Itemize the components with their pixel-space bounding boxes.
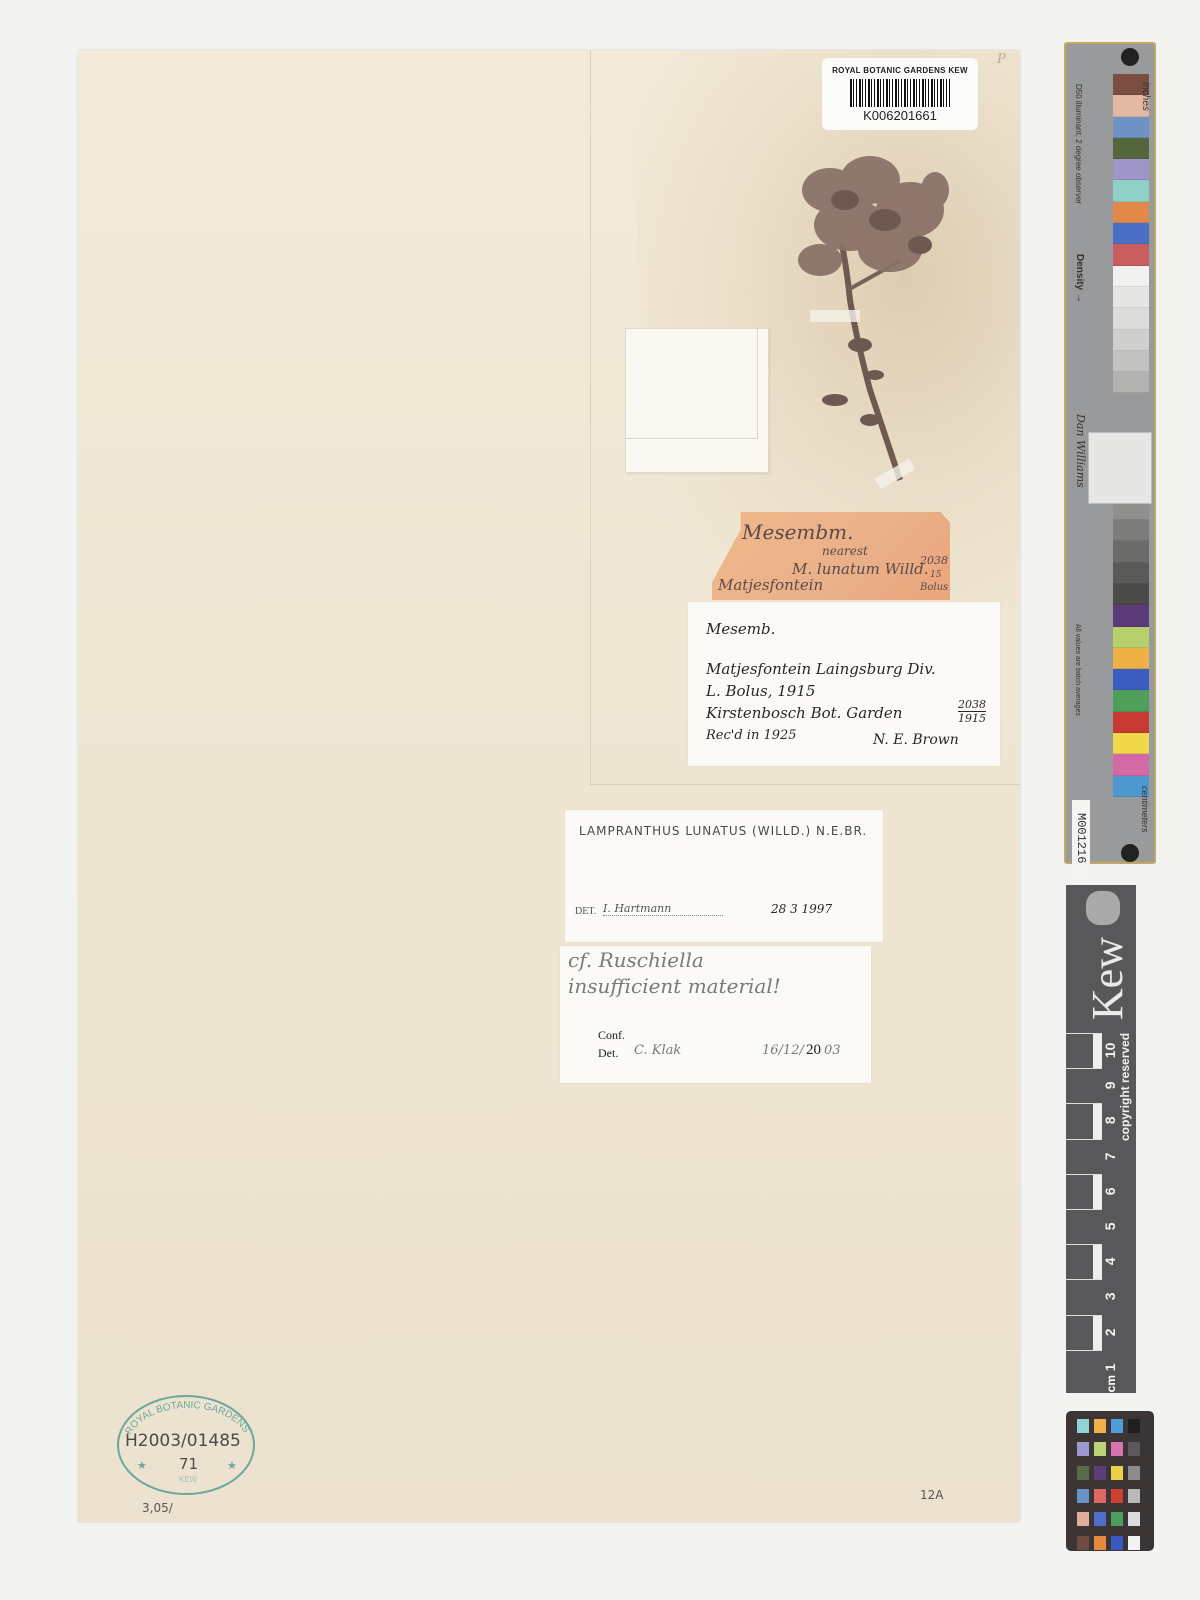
colour-patch: [1113, 584, 1149, 605]
ruler-number: 8: [1102, 1103, 1118, 1138]
strip-footnote: All values are batch averages: [1074, 624, 1081, 716]
colour-patch: [1113, 733, 1149, 754]
ruler-bar: [1093, 1140, 1102, 1174]
colour-chip: [1111, 1536, 1123, 1550]
cm-ruler: [1066, 1033, 1102, 1385]
confirmation-label: cf. Ruschiella insufficient material! Co…: [560, 946, 871, 1083]
strip-hole-icon: [1121, 48, 1139, 66]
colour-chip: [1077, 1536, 1089, 1550]
colour-chip: [1128, 1489, 1140, 1503]
colour-patch: [1113, 223, 1149, 244]
colour-chip: [1077, 1489, 1089, 1503]
colour-patch: [1113, 287, 1149, 308]
colour-patch: [1113, 138, 1149, 159]
bottom-right-note: 12A: [920, 1488, 943, 1502]
colour-patch: [1113, 330, 1149, 351]
colour-patch: [1113, 117, 1149, 138]
corner-mark: P: [997, 52, 1006, 67]
collection-source: Kirstenbosch Bot. Garden: [706, 704, 902, 722]
determination-det-prefix: DET.: [575, 906, 596, 917]
ruler-segment: [1066, 1350, 1102, 1385]
ruler-segment: [1066, 1033, 1102, 1068]
colour-patch: [1113, 541, 1149, 562]
colour-patch: [1113, 520, 1149, 541]
colour-patch: [1113, 351, 1149, 372]
confirmation-conf-prefix: Conf.: [598, 1028, 625, 1043]
ruler-segment: [1066, 1139, 1102, 1174]
colour-chip: [1094, 1442, 1106, 1456]
stamp-number: 71: [179, 1455, 198, 1473]
colour-chip: [1128, 1466, 1140, 1480]
colour-patch: [1113, 605, 1149, 626]
collection-collector-year: L. Bolus, 1915: [706, 682, 815, 700]
colour-patch: [1113, 669, 1149, 690]
colour-chip: [1094, 1466, 1106, 1480]
ruler-segment: [1066, 1103, 1102, 1138]
determination-determiner: I. Hartmann: [603, 902, 723, 916]
original-label-genus: Mesembm.: [742, 520, 854, 544]
ruler-number: 5: [1102, 1209, 1118, 1244]
strip-brand: Dan Williams: [1074, 414, 1087, 488]
ruler-segment: [1066, 1068, 1102, 1103]
ruler-number: 3: [1102, 1279, 1118, 1314]
colour-chip: [1128, 1442, 1140, 1456]
colour-patch: [1113, 266, 1149, 287]
barcode-label: ROYAL BOTANIC GARDENS KEW K006201661: [822, 58, 978, 130]
colour-patch: [1113, 372, 1149, 393]
colour-chip: [1111, 1466, 1123, 1480]
strip-code: M001216: [1072, 800, 1090, 876]
ruler-bar: [1093, 1210, 1102, 1244]
original-label-collector: Bolus: [920, 582, 948, 593]
stamp-accession-number: H2003/01485: [125, 1431, 241, 1451]
colour-calibration-strip: D50 illuminant, 2 degree observer Densit…: [1064, 42, 1156, 864]
stamp-star-left-icon: ★: [137, 1459, 147, 1472]
ruler-bar: [1093, 1280, 1102, 1314]
ruler-segment: [1066, 1174, 1102, 1209]
greyscale-card: [1088, 432, 1152, 504]
colour-patch: [1113, 712, 1149, 733]
collection-locality: Matjesfontein Laingsburg Div.: [706, 660, 936, 678]
colour-checker: [1066, 1411, 1154, 1551]
accession-stamp: ROYAL BOTANIC GARDENS H2003/01485 ★ 71 ★…: [117, 1395, 255, 1495]
ruler-bar: [1093, 1351, 1102, 1385]
colour-chip: [1094, 1536, 1106, 1550]
collection-ref-number: 2038: [958, 698, 986, 712]
colour-chip: [1094, 1489, 1106, 1503]
colour-patch: [1113, 648, 1149, 669]
institution-name: ROYAL BOTANIC GARDENS KEW: [822, 66, 978, 75]
ruler-bar: [1093, 1245, 1102, 1279]
kew-logo: Kew: [1086, 937, 1130, 1020]
collection-received: Rec'd in 1925: [706, 728, 797, 743]
fragment-packet: [625, 328, 769, 473]
stamp-star-right-icon: ★: [227, 1459, 237, 1472]
colour-chip: [1111, 1489, 1123, 1503]
cm-unit: cm: [1104, 1375, 1118, 1392]
copyright-text: copyright reserved: [1118, 1033, 1132, 1233]
colour-chip: [1077, 1419, 1089, 1433]
ruler-segment: [1066, 1279, 1102, 1314]
stamp-kew: KEW: [179, 1475, 197, 1484]
confirmation-det-prefix: Det.: [598, 1046, 618, 1061]
colour-chip: [1128, 1512, 1140, 1526]
colour-patch: [1113, 308, 1149, 329]
colour-patch: [1113, 159, 1149, 180]
kew-crest-icon: [1086, 891, 1120, 925]
colour-patch: [1113, 202, 1149, 223]
determination-date: 28 3 1997: [771, 902, 832, 916]
strip-caption: D50 illuminant, 2 degree observer: [1074, 84, 1083, 204]
determination-name: LAMPRANTHUS LUNATUS (WILLD.) N.E.BR.: [579, 824, 867, 838]
colour-chip: [1111, 1442, 1123, 1456]
confirmation-year-suffix: 03: [824, 1043, 841, 1058]
confirmation-note-1: cf. Ruschiella: [568, 948, 704, 972]
ruler-segment: [1066, 1315, 1102, 1350]
ruler-segment: [1066, 1244, 1102, 1279]
strip-units-cm: centimeters: [1140, 786, 1150, 833]
colour-chip: [1077, 1466, 1089, 1480]
confirmation-year-printed: 20: [806, 1042, 821, 1059]
kew-scale-bar: Kew 10987654321 copyright reserved cm: [1066, 885, 1136, 1393]
ruler-segment: [1066, 1209, 1102, 1244]
ruler-bar: [1093, 1069, 1102, 1103]
ruler-number: 10: [1102, 1033, 1118, 1068]
colour-patch: [1113, 563, 1149, 584]
original-label-locality: Matjesfontein: [718, 576, 823, 594]
colour-patch: [1113, 244, 1149, 265]
colour-patch: [1113, 180, 1149, 201]
ruler-bar: [1093, 1104, 1102, 1138]
original-label: Mesembm. nearest M. lunatum Willd. Matje…: [712, 512, 950, 600]
strip-density-label: Density →: [1074, 254, 1085, 303]
colour-chip: [1077, 1512, 1089, 1526]
bottom-left-note: 3,05/: [142, 1501, 173, 1515]
colour-patch: [1113, 690, 1149, 711]
ruler-bar: [1093, 1175, 1102, 1209]
colour-patch: [1113, 754, 1149, 775]
collection-label: Mesemb. Matjesfontein Laingsburg Div. L.…: [688, 602, 1000, 766]
colour-chip: [1111, 1512, 1123, 1526]
ruler-number: 9: [1102, 1068, 1118, 1103]
colour-chip: [1094, 1419, 1106, 1433]
confirmation-date-prefix: 16/12/: [762, 1043, 804, 1058]
packet-flap: [626, 329, 758, 439]
colour-patch: [1113, 627, 1149, 648]
colour-chip: [1094, 1512, 1106, 1526]
ruler-bar: [1093, 1034, 1102, 1068]
collection-author: N. E. Brown: [873, 732, 959, 748]
original-label-number: 2038: [920, 554, 948, 567]
strip-hole-icon: [1121, 844, 1139, 862]
determination-label: LAMPRANTHUS LUNATUS (WILLD.) N.E.BR. DET…: [565, 810, 883, 942]
original-label-number-sub: 15: [930, 570, 941, 580]
confirmation-determiner: C. Klak: [634, 1043, 681, 1058]
confirmation-note-2: insufficient material!: [568, 974, 781, 998]
colour-chip: [1128, 1419, 1140, 1433]
colour-chip: [1111, 1419, 1123, 1433]
colour-chip: [1128, 1536, 1140, 1550]
ruler-number: 2: [1102, 1315, 1118, 1350]
colour-chip: [1077, 1442, 1089, 1456]
ruler-number: 6: [1102, 1174, 1118, 1209]
ruler-bar: [1093, 1316, 1102, 1350]
original-label-nearest: nearest: [822, 544, 868, 558]
ruler-number: 7: [1102, 1139, 1118, 1174]
barcode-number: K006201661: [822, 108, 978, 123]
collection-ref-year: 1915: [958, 712, 986, 725]
ruler-number: 4: [1102, 1244, 1118, 1279]
strip-units-inches: inches: [1140, 82, 1151, 111]
plant-specimen-icon: [790, 150, 960, 495]
barcode-icon: [850, 79, 950, 107]
collection-genus: Mesemb.: [706, 620, 775, 638]
